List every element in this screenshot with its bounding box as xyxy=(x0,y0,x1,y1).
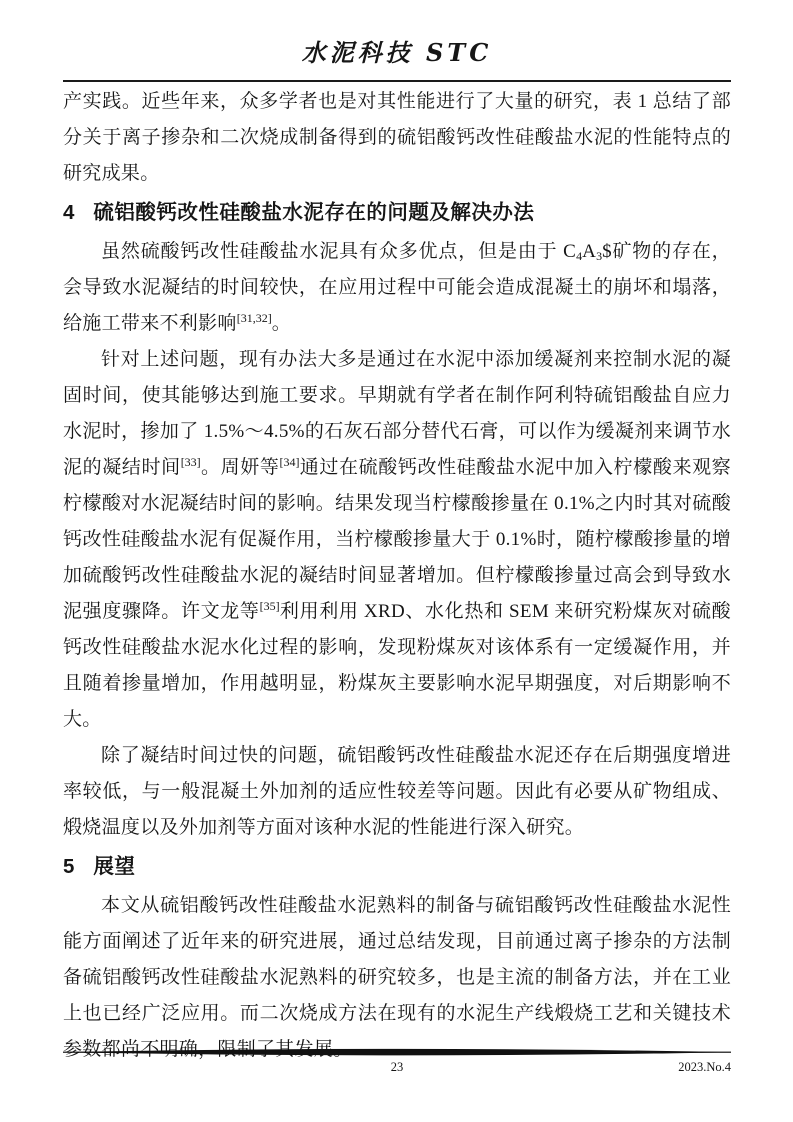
document-page: 水泥科技 STC 产实践。近些年来，众多学者也是对其性能进行了大量的研究，表 1… xyxy=(0,0,793,1122)
section-title: 硫铝酸钙改性硅酸盐水泥存在的问题及解决办法 xyxy=(93,201,534,224)
citation-ref: [34] xyxy=(279,455,299,469)
issue-label: 2023.No.4 xyxy=(678,1058,731,1076)
page-footer: 23 2023.No.4 xyxy=(63,1048,731,1076)
page-number: 23 xyxy=(63,1058,731,1076)
section-number: 5 xyxy=(63,855,75,878)
text-run: 通过在硫酸钙改性硅酸盐水泥中加入柠檬酸来观察柠檬酸对水泥凝结时间的影响。结果发现… xyxy=(63,457,731,622)
text-run: 除了凝结时间过快的问题，硫铝酸钙改性硅酸盐水泥还存在后期强度增进率较低，与一般混… xyxy=(63,745,731,838)
text-run: 。周妍等 xyxy=(201,457,280,478)
paragraph-s4-2: 针对上述问题，现有办法大多是通过在水泥中添加缓凝剂来控制水泥的凝固时间，使其能够… xyxy=(63,342,731,738)
paragraph-s4-3: 除了凝结时间过快的问题，硫铝酸钙改性硅酸盐水泥还存在后期强度增进率较低，与一般混… xyxy=(63,738,731,846)
footer-rule-bar xyxy=(63,1048,731,1057)
section-heading-4: 4硫铝酸钙改性硅酸盐水泥存在的问题及解决办法 xyxy=(63,193,731,233)
section-title: 展望 xyxy=(93,855,135,878)
citation-ref: [31,32] xyxy=(237,311,272,325)
page-content: 水泥科技 STC 产实践。近些年来，众多学者也是对其性能进行了大量的研究，表 1… xyxy=(63,38,731,1068)
footer-text-row: 23 2023.No.4 xyxy=(63,1058,731,1076)
paragraph-continuation: 产实践。近些年来，众多学者也是对其性能进行了大量的研究，表 1 总结了部分关于离… xyxy=(63,84,731,192)
text-run: 虽然硫酸钙改性硅酸盐水泥具有众多优点，但是由于 C xyxy=(101,241,576,262)
citation-ref: [33] xyxy=(181,455,201,469)
text-run: 。 xyxy=(272,313,291,334)
citation-ref: [35] xyxy=(260,599,280,613)
paragraph-s4-1: 虽然硫酸钙改性硅酸盐水泥具有众多优点，但是由于 C4A3$矿物的存在，会导致水泥… xyxy=(63,234,731,342)
section-number: 4 xyxy=(63,201,75,224)
journal-title: 水泥科技 STC xyxy=(63,38,731,68)
section-heading-5: 5展望 xyxy=(63,847,731,887)
text-run: 产实践。近些年来，众多学者也是对其性能进行了大量的研究，表 1 总结了部分关于离… xyxy=(63,91,731,184)
text-run: 本文从硫铝酸钙改性硅酸盐水泥熟料的制备与硫铝酸钙改性硅酸盐水泥性能方面阐述了近年… xyxy=(63,895,731,1060)
paragraph-s5-1: 本文从硫铝酸钙改性硅酸盐水泥熟料的制备与硫铝酸钙改性硅酸盐水泥性能方面阐述了近年… xyxy=(63,888,731,1068)
header-rule xyxy=(63,80,731,82)
text-run: A xyxy=(582,241,596,262)
